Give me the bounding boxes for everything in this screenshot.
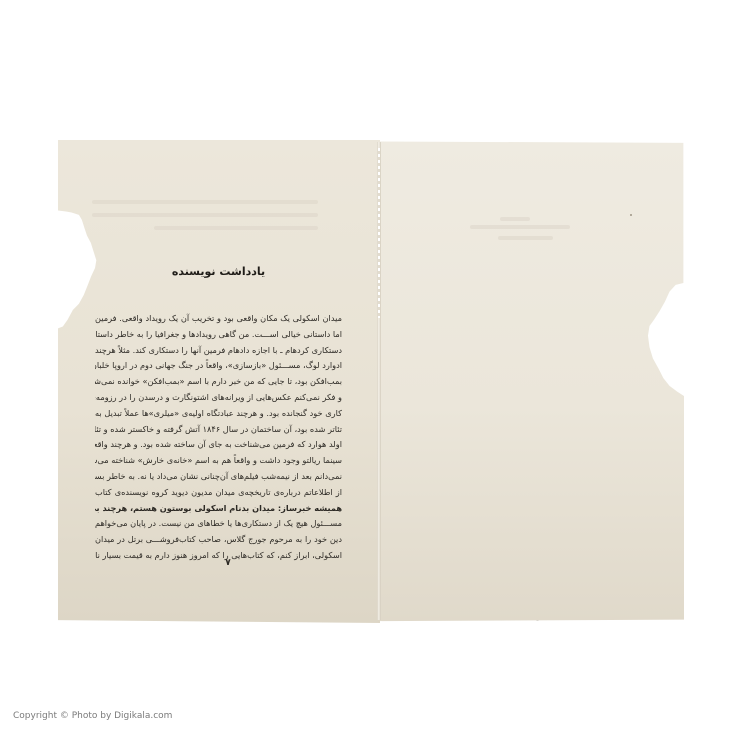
text-line: میدان اسکولی یک مکان واقعی بود و تخریب آ… — [95, 311, 342, 327]
page-number: ۷ — [222, 558, 234, 568]
show-through-line — [92, 200, 318, 204]
text-line: و فکر نمی‌کنم عکس‌هایی از ویرانه‌های اشت… — [95, 390, 342, 406]
chapter-title: یادداشت نویسنده — [95, 265, 342, 278]
show-through-line — [500, 217, 530, 221]
text-line-book-title: همیشه خبرساز: میدان بدنام اسکولی بوستون … — [95, 501, 342, 517]
text-line: اولد هوارد که فرمین می‌شناخت به جای آن س… — [95, 437, 342, 453]
text-line: بمب‌افکن بود، تا جایی که من خبر دارم با … — [95, 374, 342, 390]
text-line: تئاتر شده بود، آن ساختمان در سال ۱۸۴۶ آت… — [95, 422, 342, 438]
show-through-line — [154, 226, 318, 230]
show-through-line — [92, 213, 318, 217]
text-line: ادوارد لوگ، مســـئول «بازسازی»، واقعاً د… — [95, 358, 342, 374]
text-line: مســـئول هیچ یک از دستکاری‌ها یا خطاهای … — [95, 516, 342, 532]
open-book: یادداشت نویسنده میدان اسکولی یک مکان واق… — [58, 140, 688, 623]
right-page — [380, 140, 688, 623]
show-through-line — [498, 236, 553, 240]
paper-speck — [630, 214, 632, 216]
text-line: اما داستانی خیالی اســـت. من گاهی رویداد… — [95, 327, 342, 343]
show-through-line — [470, 225, 570, 229]
text-line: نمی‌دانم بعد از نیمه‌شب فیلم‌های آن‌چنان… — [95, 469, 342, 485]
author-note-content: یادداشت نویسنده میدان اسکولی یک مکان واق… — [95, 265, 342, 564]
text-line: اسکولی، ابراز کنم، که کتاب‌هایی را که ام… — [95, 548, 342, 564]
text-line: از اطلاعاتم درباره‌ی تاریخچه‌ی میدان مدی… — [95, 485, 342, 501]
copyright-caption: Copyright © Photo by Digikala.com — [13, 711, 172, 721]
text-line: دستکاری کردهام ـ با اجازه دادهام فرمین آ… — [95, 343, 342, 359]
text-line: دین خود را به مرحوم جورج گلاس، صاحب کتاب… — [95, 532, 342, 548]
left-page: یادداشت نویسنده میدان اسکولی یک مکان واق… — [58, 140, 380, 623]
text-line: سینما ریالتو وجود داشت و واقعاً هم به اس… — [95, 453, 342, 469]
photo-stage: یادداشت نویسنده میدان اسکولی یک مکان واق… — [0, 0, 750, 750]
spine-perforation — [378, 148, 380, 318]
paper-speck — [536, 620, 539, 622]
text-line: کاری خود گنجانده بود. و هرچند عبادتگاه ا… — [95, 406, 342, 422]
